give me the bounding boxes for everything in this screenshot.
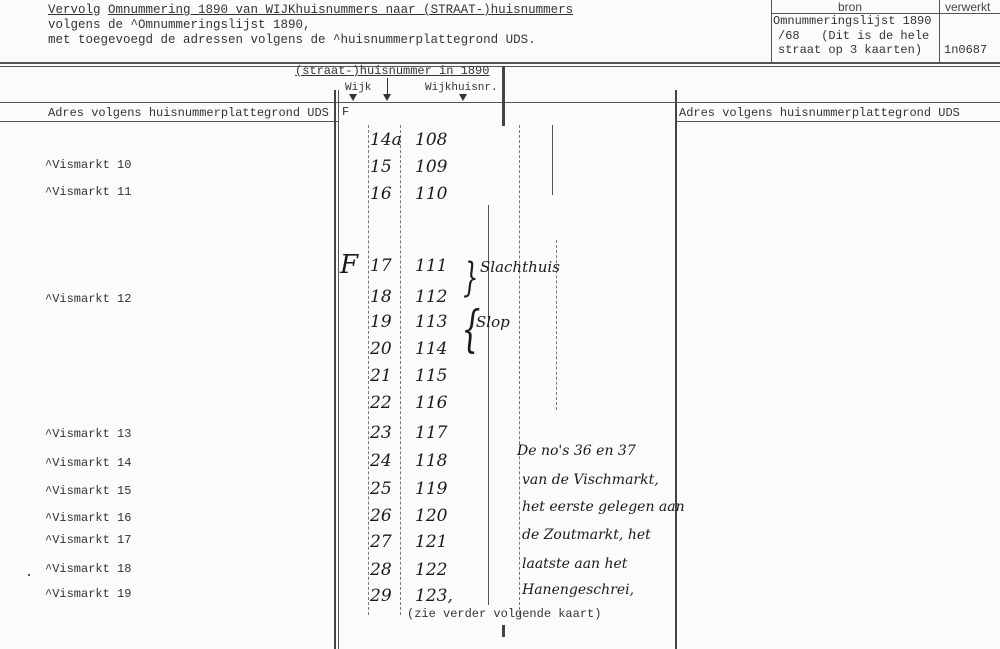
brace-1-icon: }	[463, 255, 478, 301]
straat-number-cell: 18	[370, 287, 392, 307]
wijkhuisnr-cell: 123,	[415, 586, 453, 606]
remark-line: laatste aan het	[522, 556, 627, 572]
wijkhuisnr-cell: 120	[415, 506, 447, 526]
straat-number-cell: 15	[370, 157, 392, 177]
wijkhuisnr-cell: 117	[415, 423, 447, 443]
source-box-divider-mid	[939, 0, 940, 62]
address-cell: ^Vismarkt 13	[45, 427, 131, 441]
wijkhuisnr-cell: 112	[415, 287, 447, 307]
straat-number-cell: 22	[370, 393, 392, 413]
brace-2-note: Slop	[476, 313, 510, 331]
wijk-arrow-icon	[349, 94, 357, 101]
wijkhuisnr-cell: 122	[415, 560, 447, 580]
wijk-label: Wijk	[345, 82, 371, 94]
brace-1-note: Slachthuis	[480, 258, 560, 276]
straat-number-cell: 20	[370, 339, 392, 359]
group-arrow-icon	[383, 94, 391, 101]
wijkhuisnr-cell: 121	[415, 532, 447, 552]
right-address-header: Adres volgens huisnummerplattegrond UDS	[679, 106, 960, 120]
address-cell: ^Vismarkt 19	[45, 587, 131, 601]
header-rule-1	[0, 62, 1000, 64]
wijkhuisnr-cell: 115	[415, 366, 447, 386]
group-label-text: (straat-)huisnummer in 1890	[295, 64, 489, 78]
remark-line: De no's 36 en 37	[517, 443, 636, 459]
bron-line-3: straat op 3 kaarten)	[778, 43, 922, 57]
wijkhuisnr-cell: 113	[415, 312, 447, 332]
straat-number-cell: 14a	[370, 130, 402, 150]
wijkhuisnr-cell: 111	[415, 256, 447, 276]
left-address-header: Adres volgens huisnummerplattegrond UDS	[48, 106, 329, 120]
wijkhuisnr-cell: 108	[415, 130, 447, 150]
wijkhuisnr-col-divider	[400, 125, 401, 615]
straat-number-cell: 23	[370, 423, 392, 443]
title-line-2: volgens de ^Omnummeringslijst 1890,	[48, 18, 311, 32]
column-header-bottom-rule-left	[0, 121, 338, 122]
wijkhuisnr-cell: 116	[415, 393, 447, 413]
mid-column-rule-top	[502, 66, 505, 126]
title-line-1: Vervolg Omnummering 1890 van WIJKhuisnum…	[48, 3, 573, 17]
stray-dot	[28, 574, 30, 576]
bron-line-2: /68 (Dit is de hele	[778, 29, 929, 43]
straat-number-cell: 27	[370, 532, 392, 552]
wijkhuisnr-cell: 118	[415, 451, 447, 471]
note-col-divider-3a	[552, 125, 553, 195]
bottom-mark	[502, 625, 505, 637]
straat-number-cell: 29	[370, 586, 392, 606]
note-col-divider-2	[519, 125, 520, 615]
bron-label: bron	[838, 0, 862, 14]
straat-number-cell: 26	[370, 506, 392, 526]
address-cell: ^Vismarkt 10	[45, 158, 131, 172]
group-label: (straat-)huisnummer in 1890	[295, 64, 489, 78]
straat-number-cell: 25	[370, 479, 392, 499]
title-line-3: met toegevoegd de adressen volgens de ^h…	[48, 33, 536, 47]
straat-number-cell: 28	[370, 560, 392, 580]
wijkhuisnr-arrow-icon	[459, 94, 467, 101]
wijkhuisnr-cell: 114	[415, 339, 447, 359]
verwerkt-value: 1n0687	[944, 43, 987, 57]
wijk-header-value: F	[342, 105, 349, 119]
remark-line: Hanengeschrei,	[522, 582, 634, 598]
right-column-rule	[675, 90, 677, 649]
wijkhuisnr-cell: 109	[415, 157, 447, 177]
remark-line: de Zoutmarkt, het	[522, 527, 651, 543]
source-box-divider-left	[771, 0, 772, 62]
remark-line: het eerste gelegen aan	[522, 499, 685, 515]
left-column-rule-a	[334, 90, 336, 649]
title-prefix: Vervolg	[48, 3, 101, 17]
straat-col-divider	[368, 125, 369, 615]
address-cell: ^Vismarkt 17	[45, 533, 131, 547]
address-cell: ^Vismarkt 14	[45, 456, 131, 470]
address-cell: ^Vismarkt 12	[45, 292, 131, 306]
address-cell: ^Vismarkt 18	[45, 562, 131, 576]
title-main: Omnummering 1890 van WIJKhuisnummers naa…	[108, 3, 573, 17]
left-column-rule-b	[338, 90, 339, 649]
straat-number-cell: 21	[370, 366, 392, 386]
verwerkt-label: verwerkt	[945, 0, 990, 14]
continuation-note: (zie verder volgende kaart)	[407, 607, 601, 621]
address-cell: ^Vismarkt 15	[45, 484, 131, 498]
column-header-bottom-rule-right	[676, 121, 1000, 122]
bron-line-1: Omnummeringslijst 1890	[773, 14, 931, 28]
straat-number-cell: 19	[370, 312, 392, 332]
header-rule-2	[0, 66, 1000, 67]
straat-number-cell: 16	[370, 184, 392, 204]
straat-number-cell: 17	[370, 256, 392, 276]
wijk-cell: F	[340, 250, 358, 280]
straat-number-cell: 24	[370, 451, 392, 471]
wijkhuisnr-label: Wijkhuisnr.	[425, 82, 498, 94]
remark-line: van de Vischmarkt,	[522, 472, 659, 488]
column-header-top-rule	[0, 102, 1000, 103]
wijkhuisnr-cell: 119	[415, 479, 447, 499]
address-cell: ^Vismarkt 11	[45, 185, 131, 199]
address-cell: ^Vismarkt 16	[45, 511, 131, 525]
wijkhuisnr-cell: 110	[415, 184, 447, 204]
